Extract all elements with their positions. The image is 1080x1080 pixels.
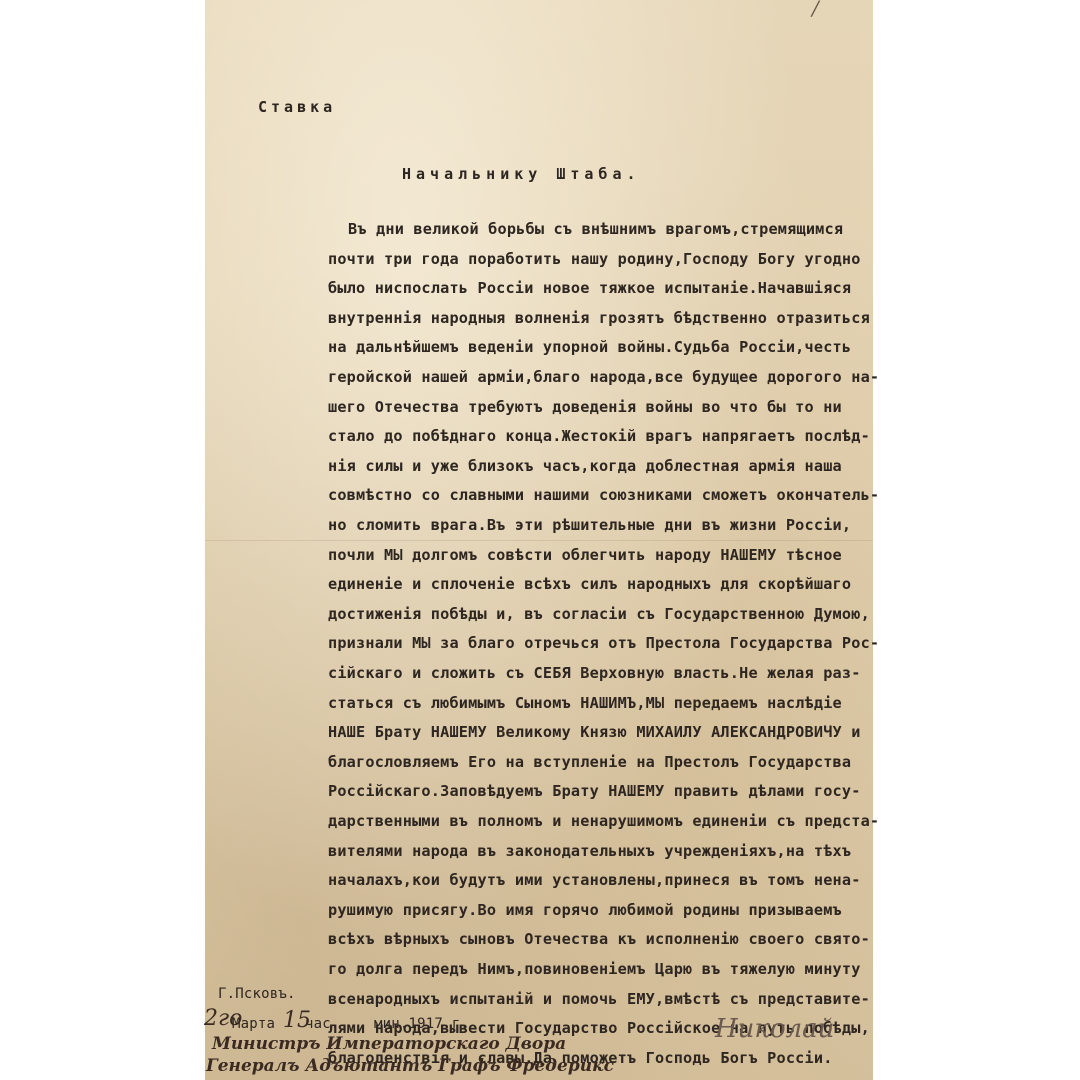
body-line: единеніе и сплоченіе всѣхъ силъ народных… (328, 575, 851, 593)
body-line: вителями народа въ законодательныхъ учре… (328, 842, 851, 860)
body-line: нія силы и уже близокъ часъ,когда доблес… (328, 457, 842, 475)
body-line: благословляемъ Его на вступленіе на Прес… (328, 753, 851, 771)
body-line: почли МЫ долгомъ совѣсти облегчить народ… (328, 546, 842, 564)
date-rest: час. мин.1917 г. (305, 1016, 469, 1032)
body-line: почти три года поработить нашу родину,Го… (328, 250, 861, 268)
body-line: Россійскаго.Заповѣдуемъ Брату НАШЕМУ пра… (328, 782, 861, 800)
signature: Николай (715, 1014, 834, 1044)
countersign-line-2: Генералъ Адъютантъ Графъ Фредерикс (206, 1056, 614, 1076)
body-line: внутреннія народныя волненія грозятъ бѣд… (328, 309, 870, 327)
body-line: всенародныхъ испытаній и помочь ЕМУ,вмѣс… (328, 990, 870, 1008)
countersign-line-1: Министръ Императорскаго Двора (212, 1034, 566, 1054)
body-line: совмѣстно со славными нашими союзниками … (328, 486, 879, 504)
body-line: но сломить врага.Въ эти рѣшительные дни … (328, 516, 851, 534)
body-line: го долга передъ Нимъ,повиновеніемъ Царю … (328, 960, 861, 978)
body-line: было ниспослать Россіи новое тяжкое испы… (328, 279, 851, 297)
body-line: признали МЫ за благо отречься отъ Престо… (328, 634, 879, 652)
body-line: шего Отечества требуютъ доведенія войны … (328, 398, 842, 416)
paper-fold (205, 540, 873, 541)
body-line: на дальнѣйшемъ веденіи упорной войны.Суд… (328, 338, 851, 356)
body-line: геройской нашей арміи,благо народа,все б… (328, 368, 879, 386)
body-line: всѣхъ вѣрныхъ сыновъ Отечества къ исполн… (328, 930, 870, 948)
body-line: стало до побѣднаго конца.Жестокій врагъ … (328, 427, 870, 445)
addressee: Начальнику Штаба. (402, 165, 641, 183)
body-line: сійскаго и сложить съ СЕБЯ Верховную вла… (328, 664, 861, 682)
body-line: рушимую присягу.Во имя горячо любимой ро… (328, 901, 842, 919)
header-place: Ставка (258, 98, 336, 116)
body-line: дарственными въ полномъ и ненарушимомъ е… (328, 812, 879, 830)
body-line: достиженія побѣды и, въ согласіи съ Госу… (328, 605, 870, 623)
page-mark: / (812, 0, 819, 20)
body-line: статься съ любимымъ Сыномъ НАШИМЪ,МЫ пер… (328, 694, 842, 712)
body-line: началахъ,кои будутъ ими установлены,прин… (328, 871, 861, 889)
place: Г.Псковъ. (218, 986, 296, 1002)
body-line: НАШЕ Брату НАШЕМУ Великому Князю МИХАИЛУ… (328, 723, 861, 741)
date-month: Марта (232, 1016, 275, 1032)
body-line: Въ дни великой борьбы съ внѣшнимъ врагом… (348, 220, 843, 238)
